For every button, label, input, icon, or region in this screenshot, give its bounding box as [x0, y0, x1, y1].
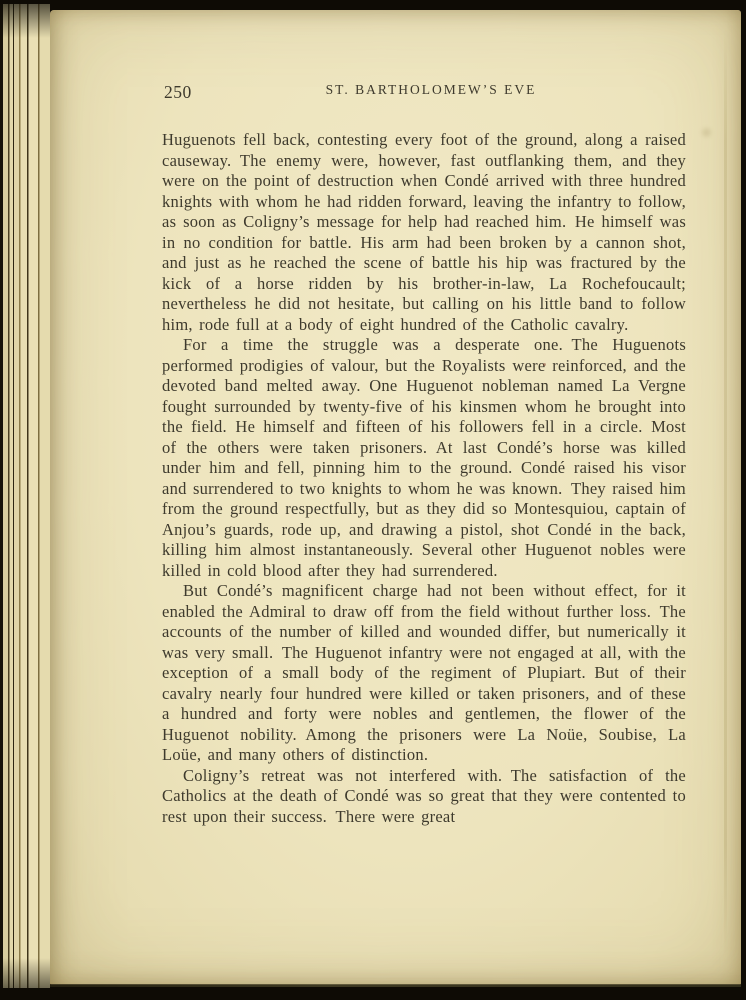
running-head: 250 ST. BARTHOLOMEW’S EVE	[162, 82, 686, 104]
book-page: 250 ST. BARTHOLOMEW’S EVE Huguenots fell…	[50, 10, 741, 985]
page-number: 250	[164, 82, 192, 103]
text-column: 250 ST. BARTHOLOMEW’S EVE Huguenots fell…	[162, 10, 686, 827]
book-scan: 250 ST. BARTHOLOMEW’S EVE Huguenots fell…	[0, 0, 746, 1000]
page-stack-edge	[0, 4, 50, 988]
page-bottom-edge	[50, 984, 741, 987]
fore-edge-crease	[724, 30, 727, 955]
paragraph: Coligny’s retreat was not interfered wit…	[162, 766, 686, 828]
paragraph: But Condé’s magnificent charge had not b…	[162, 581, 686, 766]
paragraph: For a time the struggle was a desperate …	[162, 335, 686, 581]
paragraph: Huguenots fell back, contesting every fo…	[162, 130, 686, 335]
running-title: ST. BARTHOLOMEW’S EVE	[162, 82, 686, 98]
body-text: Huguenots fell back, contesting every fo…	[162, 130, 686, 827]
